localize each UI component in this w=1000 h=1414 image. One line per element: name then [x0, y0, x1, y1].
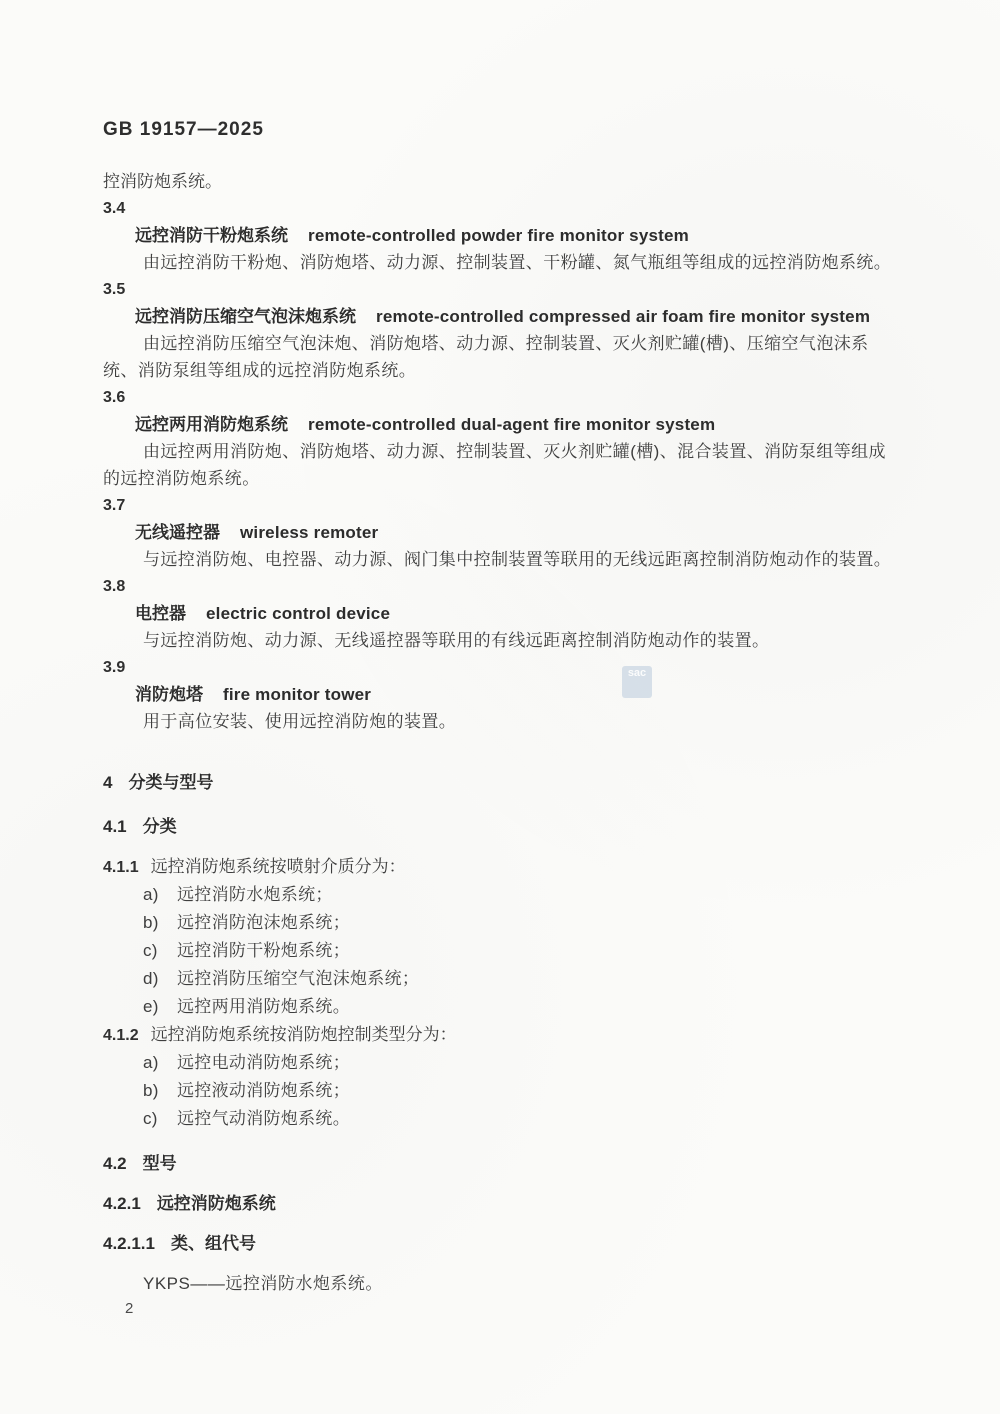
list-item-b: b)远控液动消防炮系统； [103, 1077, 903, 1105]
heading-section-4: 4分类与型号 [103, 769, 903, 796]
term-title: 消防炮塔fire monitor tower [103, 681, 903, 708]
term-english: remote-controlled dual-agent fire monito… [308, 415, 715, 434]
heading-title: 分类与型号 [128, 773, 213, 792]
heading-number: 4 [103, 773, 112, 792]
list-item-e: e)远控两用消防炮系统。 [103, 993, 903, 1021]
paragraph-continuation: 控消防炮系统。 [103, 168, 903, 195]
term-english: fire monitor tower [223, 685, 371, 704]
heading-title: 型号 [143, 1154, 177, 1173]
list-item-label: e) [143, 993, 177, 1021]
heading-title: 远控消防炮系统 [157, 1194, 276, 1213]
clause-number: 3.7 [103, 492, 903, 519]
term-title: 远控消防干粉炮系统remote-controlled powder fire m… [103, 222, 903, 249]
term-title: 远控两用消防炮系统remote-controlled dual-agent fi… [103, 411, 903, 438]
list-item-label: a) [143, 881, 177, 909]
term-english: remote-controlled powder fire monitor sy… [308, 226, 689, 245]
term-definition: 与远控消防炮、动力源、无线遥控器等联用的有线远距离控制消防炮动作的装置。 [103, 627, 903, 654]
heading-section-4-2: 4.2型号 [103, 1150, 903, 1177]
term-english: wireless remoter [240, 523, 378, 542]
term-block-3-7: 3.7 无线遥控器wireless remoter 与远控消防炮、电控器、动力源… [103, 492, 903, 573]
list-item-a: a)远控电动消防炮系统； [103, 1049, 903, 1077]
list-item-d: d)远控消防压缩空气泡沫炮系统； [103, 965, 903, 993]
term-definition: 与远控消防炮、电控器、动力源、阀门集中控制装置等联用的无线远距离控制消防炮动作的… [103, 546, 903, 573]
term-english: electric control device [206, 604, 390, 623]
code-designation-line: YKPS——远控消防水炮系统。 [103, 1270, 903, 1297]
clause-number: 3.4 [103, 195, 903, 222]
heading-number: 4.2.1.1 [103, 1234, 155, 1253]
document-page: sac GB 19157—2025 控消防炮系统。 3.4 远控消防干粉炮系统r… [0, 0, 1000, 1414]
heading-section-4-1: 4.1分类 [103, 813, 903, 840]
list-item-text: 远控电动消防炮系统； [177, 1053, 350, 1072]
list-item-label: c) [143, 1105, 177, 1133]
term-english: remote-controlled compressed air foam fi… [376, 307, 870, 326]
term-block-3-5: 3.5 远控消防压缩空气泡沫炮系统remote-controlled compr… [103, 276, 903, 384]
term-title: 远控消防压缩空气泡沫炮系统remote-controlled compresse… [103, 303, 903, 330]
heading-number: 4.2.1 [103, 1194, 141, 1213]
clause-4-1-1: 4.1.1远控消防炮系统按喷射介质分为： [103, 853, 903, 881]
term-definition: 由远控两用消防炮、消防炮塔、动力源、控制装置、灭火剂贮罐(槽)、混合装置、消防泵… [103, 438, 903, 492]
list-item-label: a) [143, 1049, 177, 1077]
term-block-3-6: 3.6 远控两用消防炮系统remote-controlled dual-agen… [103, 384, 903, 492]
list-item-c: c)远控气动消防炮系统。 [103, 1105, 903, 1133]
list-item-label: c) [143, 937, 177, 965]
term-chinese: 远控消防干粉炮系统 [135, 226, 288, 245]
heading-section-4-2-1-1: 4.2.1.1类、组代号 [103, 1230, 903, 1257]
list-item-text: 远控消防干粉炮系统； [177, 941, 350, 960]
list-item-text: 远控消防水炮系统； [177, 885, 333, 904]
list-item-label: d) [143, 965, 177, 993]
term-definition: 由远控消防压缩空气泡沫炮、消防炮塔、动力源、控制装置、灭火剂贮罐(槽)、压缩空气… [103, 330, 903, 384]
term-chinese: 远控两用消防炮系统 [135, 415, 288, 434]
list-item-text: 远控液动消防炮系统； [177, 1081, 350, 1100]
clause-number: 3.6 [103, 384, 903, 411]
clause-number: 3.9 [103, 654, 903, 681]
clause-4-1-2: 4.1.2远控消防炮系统按消防炮控制类型分为： [103, 1021, 903, 1049]
clause-number: 4.1.1 [103, 859, 139, 876]
term-chinese: 电控器 [135, 604, 186, 623]
page-number: 2 [125, 1300, 133, 1317]
clause-number: 3.8 [103, 573, 903, 600]
heading-number: 4.2 [103, 1154, 127, 1173]
list-item-label: b) [143, 909, 177, 937]
clause-text: 远控消防炮系统按消防炮控制类型分为： [151, 1025, 457, 1044]
list-item-c: c)远控消防干粉炮系统； [103, 937, 903, 965]
heading-title: 类、组代号 [171, 1234, 256, 1253]
term-definition: 由远控消防干粉炮、消防炮塔、动力源、控制装置、干粉罐、氮气瓶组等组成的远控消防炮… [103, 249, 903, 276]
list-item-a: a)远控消防水炮系统； [103, 881, 903, 909]
list-item-text: 远控气动消防炮系统。 [177, 1109, 350, 1128]
term-block-3-8: 3.8 电控器electric control device 与远控消防炮、动力… [103, 573, 903, 654]
clause-number: 4.1.2 [103, 1027, 139, 1044]
term-chinese: 远控消防压缩空气泡沫炮系统 [135, 307, 356, 326]
term-block-3-4: 3.4 远控消防干粉炮系统remote-controlled powder fi… [103, 195, 903, 276]
term-chinese: 无线遥控器 [135, 523, 220, 542]
heading-section-4-2-1: 4.2.1远控消防炮系统 [103, 1190, 903, 1217]
term-definition: 用于高位安装、使用远控消防炮的装置。 [103, 708, 903, 735]
list-item-text: 远控消防压缩空气泡沫炮系统； [177, 969, 419, 988]
term-block-3-9: 3.9 消防炮塔fire monitor tower 用于高位安装、使用远控消防… [103, 654, 903, 735]
clause-text: 远控消防炮系统按喷射介质分为： [151, 857, 406, 876]
list-item-label: b) [143, 1077, 177, 1105]
list-item-b: b)远控消防泡沫炮系统； [103, 909, 903, 937]
list-item-text: 远控两用消防炮系统。 [177, 997, 350, 1016]
list-item-text: 远控消防泡沫炮系统； [177, 913, 350, 932]
clause-number: 3.5 [103, 276, 903, 303]
heading-number: 4.1 [103, 817, 127, 836]
page-content: GB 19157—2025 控消防炮系统。 3.4 远控消防干粉炮系统remot… [103, 118, 903, 1297]
standard-number-header: GB 19157—2025 [103, 118, 903, 142]
term-title: 电控器electric control device [103, 600, 903, 627]
term-chinese: 消防炮塔 [135, 685, 203, 704]
term-title: 无线遥控器wireless remoter [103, 519, 903, 546]
heading-title: 分类 [143, 817, 177, 836]
